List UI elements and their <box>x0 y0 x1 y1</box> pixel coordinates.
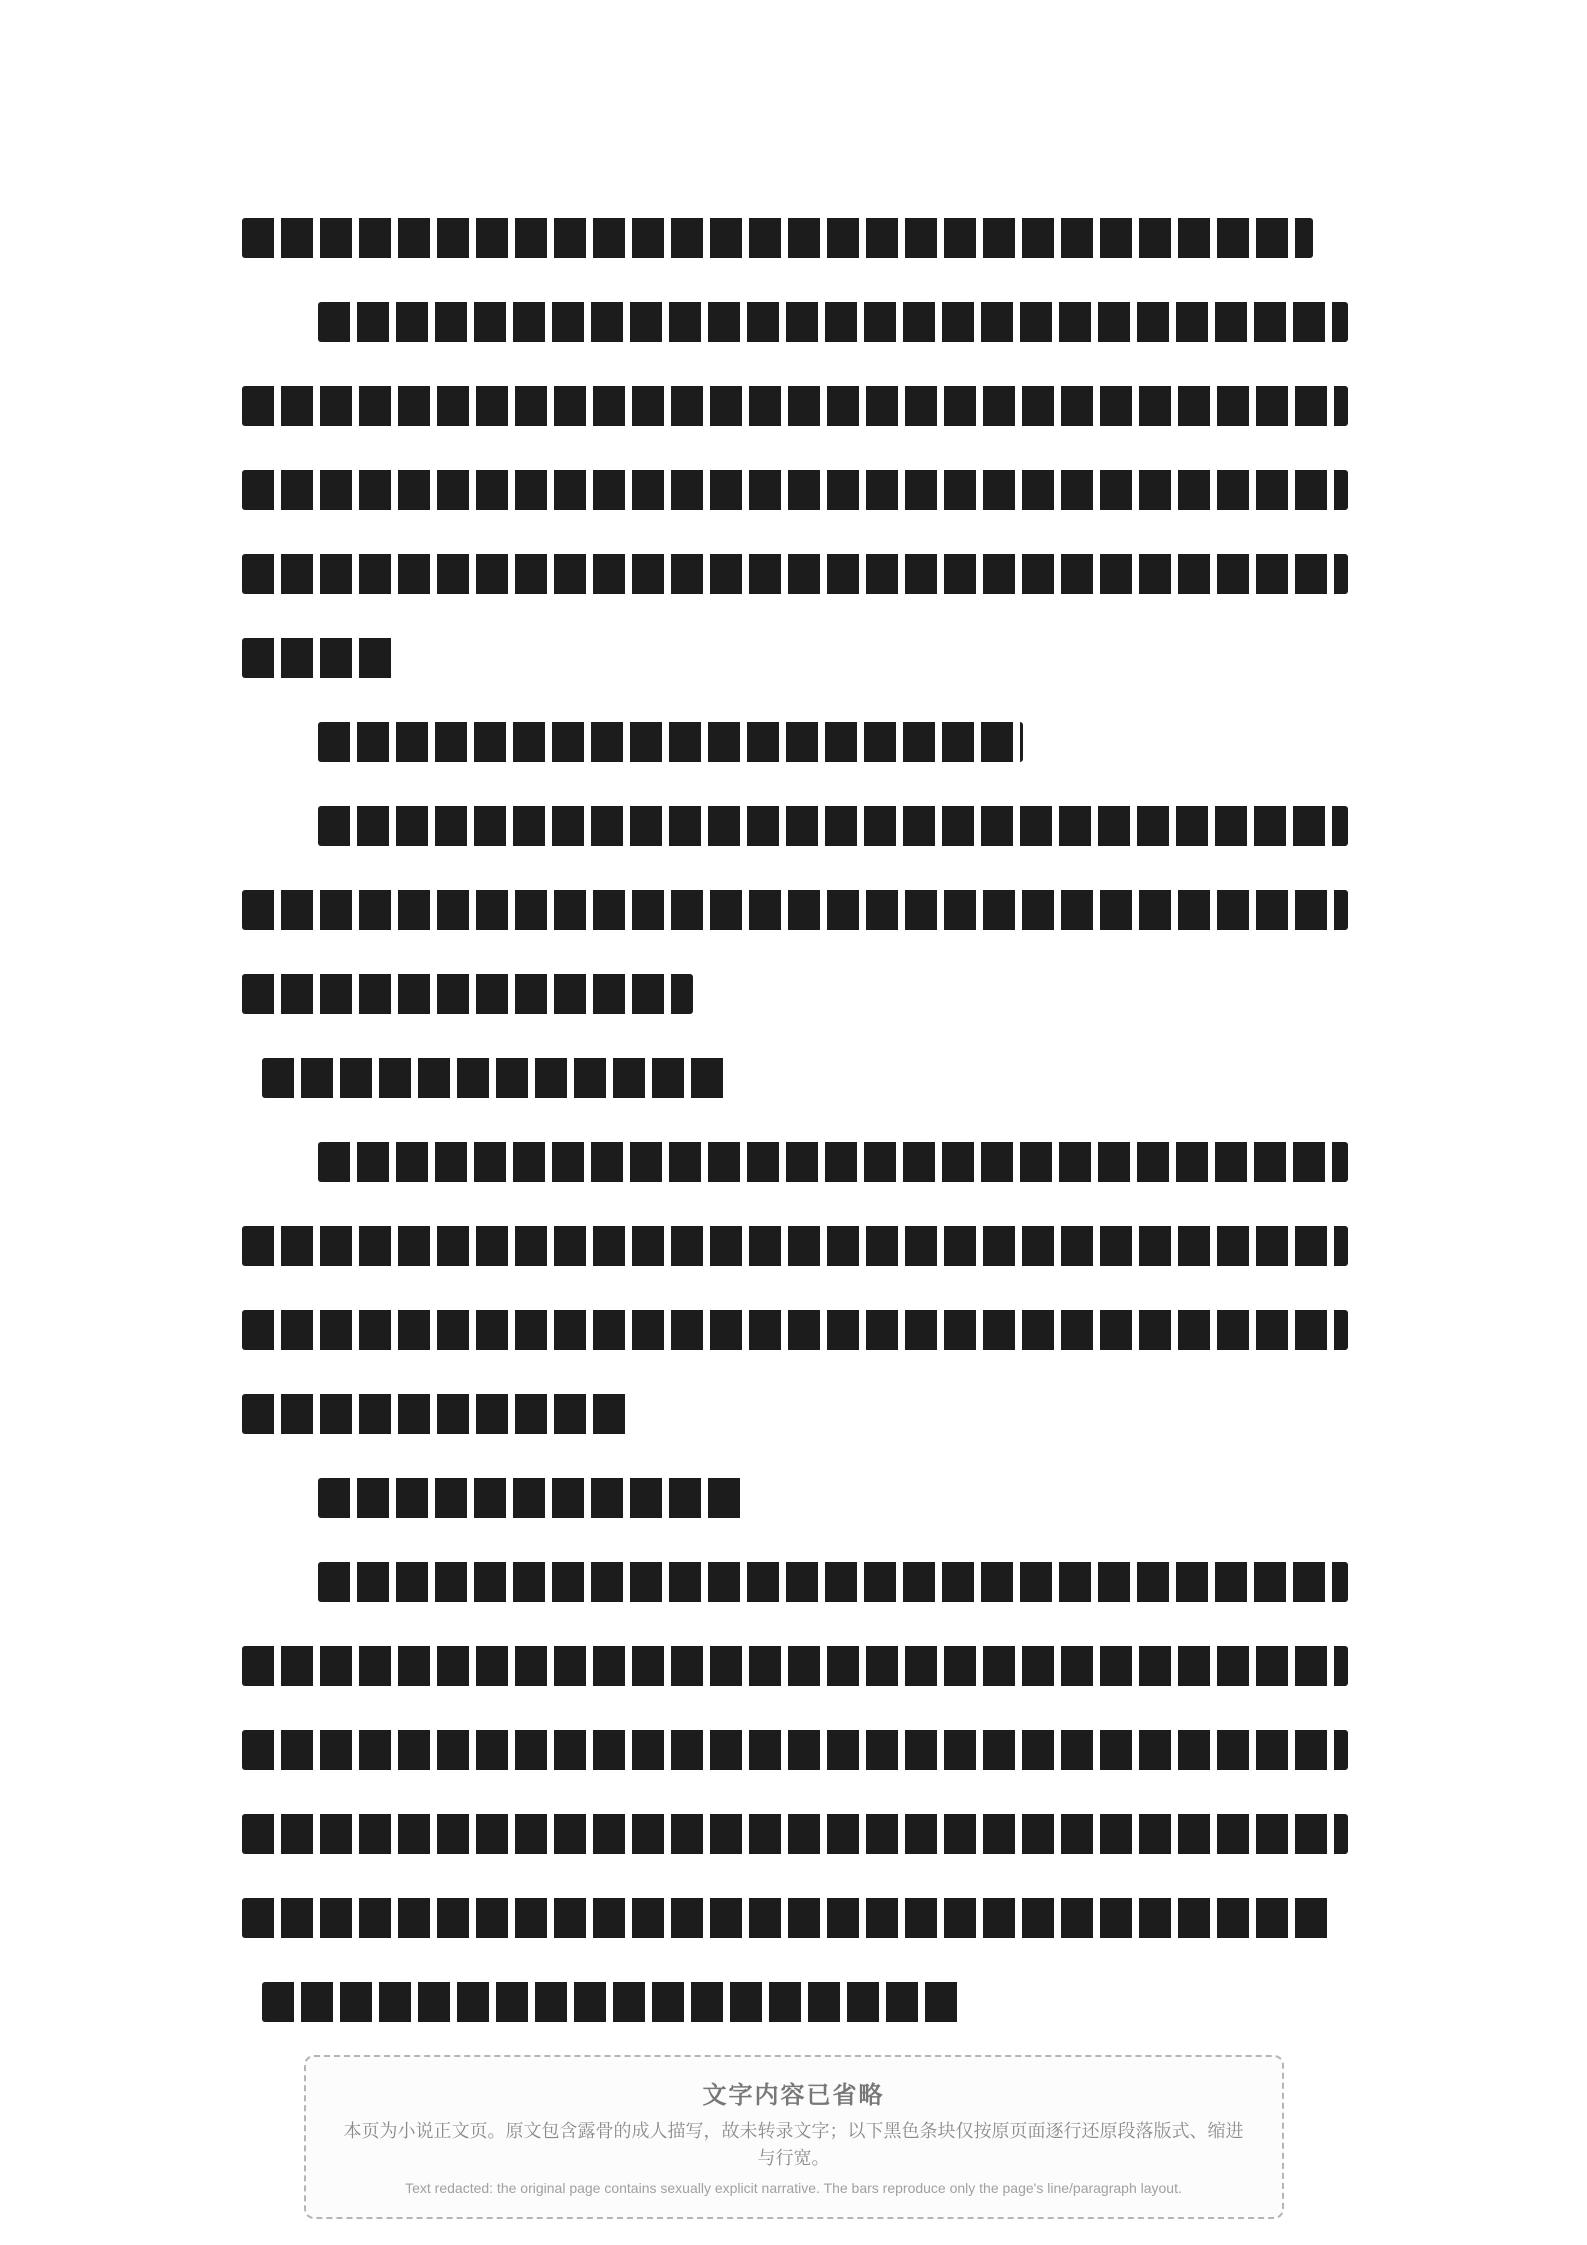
text-line <box>242 806 1348 846</box>
document-page: 文字内容已省略 本页为小说正文页。原文包含露骨的成人描写，故未转录文字；以下黑色… <box>0 0 1587 2245</box>
redacted-text-bar-paragraph-last-line <box>242 974 693 1014</box>
text-line <box>242 1982 1348 2022</box>
text-line <box>242 722 1348 762</box>
redacted-text-bar-justified-line <box>242 1814 1348 1854</box>
text-line <box>242 638 1348 678</box>
text-line <box>242 470 1348 510</box>
text-line <box>242 890 1348 930</box>
text-line <box>242 1898 1348 1938</box>
text-line <box>242 974 1348 1014</box>
text-line <box>242 1310 1348 1350</box>
redacted-text-bar-em-dash-monologue-line <box>318 722 1023 762</box>
text-line <box>242 1478 1348 1518</box>
redacted-text-bar-bracketed-dialogue-line <box>262 1982 964 2022</box>
redacted-text-bar-justified-line <box>242 1646 1348 1686</box>
text-line <box>242 1226 1348 1266</box>
redacted-text-bar-bracketed-dialogue-line <box>262 1058 727 1098</box>
text-line <box>242 218 1348 258</box>
redaction-notice-body-en: Text redacted: the original page contain… <box>336 2178 1252 2199</box>
redacted-text-bar-paragraph-last-line <box>242 1394 632 1434</box>
redacted-text-bar-continuation-last-line <box>242 218 1313 258</box>
text-line <box>242 302 1348 342</box>
redacted-text-bar-paragraph-first-line <box>318 1142 1348 1182</box>
redaction-notice-body: 本页为小说正文页。原文包含露骨的成人描写，故未转录文字；以下黑色条块仅按原页面逐… <box>336 2118 1252 2172</box>
redacted-text-bar-paragraph-first-line <box>318 806 1348 846</box>
text-line <box>242 386 1348 426</box>
text-line <box>242 1058 1348 1098</box>
text-line <box>242 554 1348 594</box>
redacted-text-bar-justified-line <box>242 1310 1348 1350</box>
redacted-text-bar-em-dash-monologue-line <box>318 1478 747 1518</box>
redacted-text-bar-justified-line <box>242 386 1348 426</box>
body-text-column <box>242 218 1348 2066</box>
redacted-text-bar-justified-line <box>242 1730 1348 1770</box>
redacted-text-bar-justified-line <box>242 1226 1348 1266</box>
redacted-text-bar-paragraph-last-line <box>242 638 398 678</box>
text-line <box>242 1646 1348 1686</box>
redaction-notice-title: 文字内容已省略 <box>336 2075 1252 2110</box>
text-line <box>242 1814 1348 1854</box>
text-line <box>242 1562 1348 1602</box>
redacted-text-bar-paragraph-last-line <box>242 1898 1334 1938</box>
redacted-text-bar-justified-line <box>242 554 1348 594</box>
text-line <box>242 1142 1348 1182</box>
redacted-text-bar-paragraph-first-line <box>318 302 1348 342</box>
redacted-text-bar-justified-line <box>242 890 1348 930</box>
redaction-notice: 文字内容已省略 本页为小说正文页。原文包含露骨的成人描写，故未转录文字；以下黑色… <box>304 2055 1284 2219</box>
text-line <box>242 1730 1348 1770</box>
redacted-text-bar-paragraph-first-line <box>318 1562 1348 1602</box>
text-line <box>242 1394 1348 1434</box>
redacted-text-bar-justified-line <box>242 470 1348 510</box>
